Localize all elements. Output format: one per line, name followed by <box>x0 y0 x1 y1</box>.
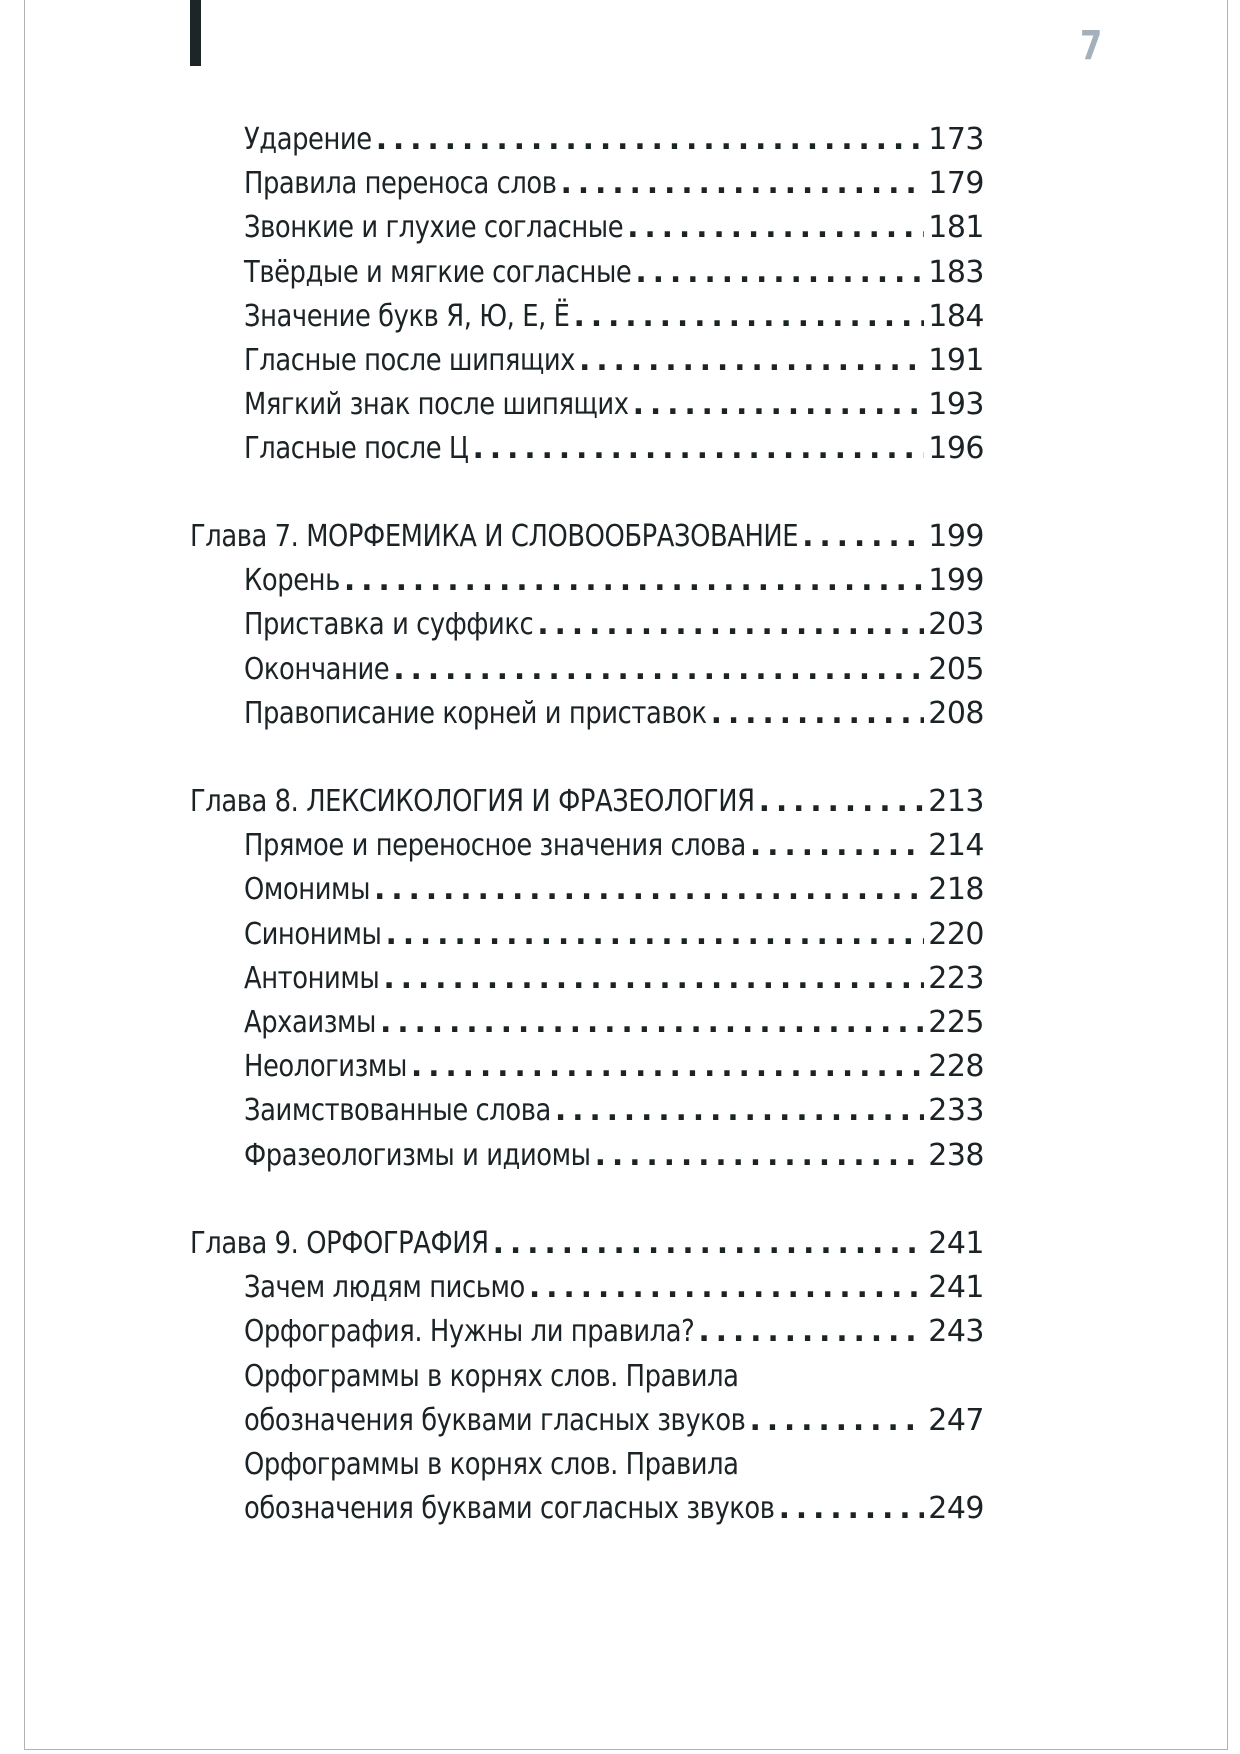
toc-entry-title: Гласные после Ц <box>244 429 469 469</box>
toc-entry-title: Орфограммы в корнях слов. Правила <box>244 1445 739 1485</box>
toc-chapter-heading[interactable]: Глава 7. МОРФЕМИКА И СЛОВООБРАЗОВАНИЕ199 <box>190 517 984 557</box>
toc-entry-page-number: 247 <box>928 1401 984 1441</box>
dot-leader <box>635 253 924 293</box>
dot-leader <box>376 120 925 160</box>
toc-entry[interactable]: Правописание корней и приставок208 <box>244 694 984 734</box>
toc-entry-page-number: 249 <box>928 1489 984 1529</box>
toc-entry-title: Фразеологизмы и идиомы <box>244 1136 591 1176</box>
toc-entry-page-number: 243 <box>928 1312 984 1352</box>
toc-entry-page-number: 241 <box>928 1268 984 1308</box>
toc-entry-title: Зачем людям письмо <box>244 1268 525 1308</box>
toc-entry-page-number: 191 <box>928 341 984 381</box>
dot-leader <box>473 429 925 469</box>
toc-entry-title: Ударение <box>244 120 372 160</box>
toc-entry-page-number: 225 <box>928 1003 984 1043</box>
dot-leader <box>573 297 924 337</box>
toc-entry-page-number: 214 <box>928 826 984 866</box>
toc-entry[interactable]: обозначения буквами гласных звуков247 <box>244 1401 984 1441</box>
toc-entry[interactable]: Гласные после Ц196 <box>244 429 984 469</box>
toc-entry-title: Приставка и суффикс <box>244 605 533 645</box>
toc-entry-page-number: 208 <box>928 694 984 734</box>
dot-leader <box>627 208 924 248</box>
toc-entry[interactable]: Неологизмы228 <box>244 1047 984 1087</box>
toc-entry[interactable]: Орфография. Нужны ли правила?243 <box>244 1312 984 1352</box>
dot-leader <box>779 1489 925 1529</box>
toc-entry[interactable]: Правила переноса слов179 <box>244 164 984 204</box>
toc-entry-page-number: 199 <box>928 561 984 601</box>
toc-entry-title: обозначения буквами гласных звуков <box>244 1401 745 1441</box>
dot-leader <box>759 782 925 822</box>
dot-leader <box>529 1268 924 1308</box>
toc-entry-page-number: 183 <box>928 253 984 293</box>
dot-leader <box>537 605 924 645</box>
toc-entry-title: Окончание <box>244 650 389 690</box>
toc-entry-title: Звонкие и глухие согласные <box>244 208 623 248</box>
page-number: 7 <box>1080 26 1102 66</box>
toc-entry-page-number: 205 <box>928 650 984 690</box>
toc-entry-title: Мягкий знак после шипящих <box>244 385 629 425</box>
margin-bar-decoration <box>190 0 201 66</box>
toc-entry[interactable]: обозначения буквами согласных звуков249 <box>244 1489 984 1529</box>
toc-entry-title: Орфограммы в корнях слов. Правила <box>244 1357 739 1397</box>
toc-entry-title: Заимствованные слова <box>244 1091 551 1131</box>
toc-chapter-heading[interactable]: Глава 9. ОРФОГРАФИЯ241 <box>190 1224 984 1264</box>
toc-entry[interactable]: Синонимы220 <box>244 915 984 955</box>
toc-entry-page-number: 196 <box>928 429 984 469</box>
toc-entry-title: Твёрдые и мягкие согласные <box>244 253 631 293</box>
dot-leader <box>344 561 924 601</box>
dot-leader <box>633 385 925 425</box>
toc-entry-line1[interactable]: Орфограммы в корнях слов. Правила <box>244 1445 984 1485</box>
toc-entry-title: Правила переноса слов <box>244 164 557 204</box>
toc-entry-title: Значение букв Я, Ю, Е, Ё <box>244 297 569 337</box>
toc-entry-page-number: 241 <box>928 1224 984 1264</box>
toc-entry-title: Неологизмы <box>244 1047 407 1087</box>
toc-entry[interactable]: Гласные после шипящих191 <box>244 341 984 381</box>
toc-entry-page-number: 223 <box>928 959 984 999</box>
toc-entry-title: Глава 9. ОРФОГРАФИЯ <box>190 1224 489 1264</box>
toc-entry-page-number: 228 <box>928 1047 984 1087</box>
dot-leader <box>579 341 924 381</box>
toc-entry[interactable]: Твёрдые и мягкие согласные183 <box>244 253 984 293</box>
toc-entry[interactable]: Антонимы223 <box>244 959 984 999</box>
toc-entry-title: Корень <box>244 561 340 601</box>
toc-entry-title: Гласные после шипящих <box>244 341 575 381</box>
dot-leader <box>383 959 924 999</box>
toc-entry-page-number: 238 <box>928 1136 984 1176</box>
toc-entry[interactable]: Фразеологизмы и идиомы238 <box>244 1136 984 1176</box>
toc-entry[interactable]: Зачем людям письмо241 <box>244 1268 984 1308</box>
toc-entry-title: Глава 7. МОРФЕМИКА И СЛОВООБРАЗОВАНИЕ <box>190 517 798 557</box>
dot-leader <box>749 1401 924 1441</box>
toc-entry[interactable]: Мягкий знак после шипящих193 <box>244 385 984 425</box>
dot-leader <box>380 1003 924 1043</box>
dot-leader <box>385 915 924 955</box>
dot-leader <box>393 650 924 690</box>
dot-leader <box>750 826 924 866</box>
toc-entry-title: Прямое и переносное значения слова <box>244 826 746 866</box>
toc-entry-title: Омонимы <box>244 870 370 910</box>
toc-entry-page-number: 193 <box>928 385 984 425</box>
toc-entry-page-number: 199 <box>928 517 984 557</box>
toc-entry[interactable]: Окончание205 <box>244 650 984 690</box>
toc-entry[interactable]: Заимствованные слова233 <box>244 1091 984 1131</box>
toc-entry[interactable]: Корень199 <box>244 561 984 601</box>
toc-entry-title: Архаизмы <box>244 1003 376 1043</box>
toc-entry-title: Глава 8. ЛЕКСИКОЛОГИЯ И ФРАЗЕОЛОГИЯ <box>190 782 755 822</box>
toc-entry[interactable]: Приставка и суффикс203 <box>244 605 984 645</box>
dot-leader <box>802 517 924 557</box>
toc-entry-page-number: 218 <box>928 870 984 910</box>
toc-entry-title: Правописание корней и приставок <box>244 694 707 734</box>
toc-entry-page-number: 181 <box>928 208 984 248</box>
toc-entry-page-number: 184 <box>928 297 984 337</box>
toc-entry-title: Синонимы <box>244 915 381 955</box>
toc-entry-line1[interactable]: Орфограммы в корнях слов. Правила <box>244 1357 984 1397</box>
toc-entry[interactable]: Ударение173 <box>244 120 984 160</box>
dot-leader <box>374 870 924 910</box>
dot-leader <box>561 164 925 204</box>
toc-entry[interactable]: Омонимы218 <box>244 870 984 910</box>
toc-entry-title: Антонимы <box>244 959 379 999</box>
toc-entry-page-number: 173 <box>928 120 984 160</box>
dot-leader <box>595 1136 925 1176</box>
toc-entry-title: Орфография. Нужны ли правила? <box>244 1312 694 1352</box>
toc-chapter-heading[interactable]: Глава 8. ЛЕКСИКОЛОГИЯ И ФРАЗЕОЛОГИЯ213 <box>190 782 984 822</box>
dot-leader <box>493 1224 925 1264</box>
toc-entry-title: обозначения буквами согласных звуков <box>244 1489 775 1529</box>
toc-entry-page-number: 233 <box>928 1091 984 1131</box>
toc-entry[interactable]: Значение букв Я, Ю, Е, Ё184 <box>244 297 984 337</box>
dot-leader <box>411 1047 924 1087</box>
toc-entry[interactable]: Прямое и переносное значения слова214 <box>244 826 984 866</box>
toc-entry[interactable]: Архаизмы225 <box>244 1003 984 1043</box>
dot-leader <box>698 1312 924 1352</box>
toc-entry-page-number: 213 <box>928 782 984 822</box>
toc-entry-page-number: 203 <box>928 605 984 645</box>
dot-leader <box>711 694 925 734</box>
toc-entry[interactable]: Звонкие и глухие согласные181 <box>244 208 984 248</box>
toc-entry-page-number: 179 <box>928 164 984 204</box>
toc-entry-page-number: 220 <box>928 915 984 955</box>
dot-leader <box>555 1091 924 1131</box>
